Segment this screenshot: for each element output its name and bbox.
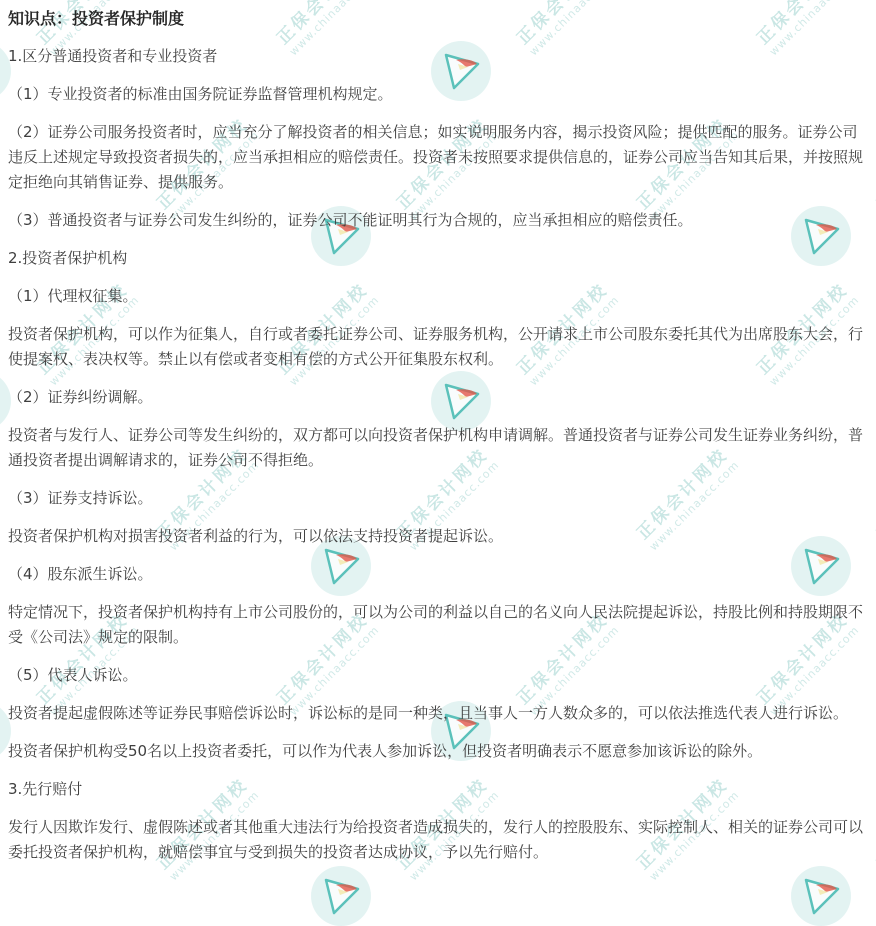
paragraph: 2.投资者保护机构 [8, 246, 868, 271]
paragraph: （1）专业投资者的标准由国务院证券监督管理机构规定。 [8, 82, 868, 107]
chinaacc-logo-watermark-icon [310, 865, 372, 926]
document-content: 知识点：投资者保护制度 1.区分普通投资者和专业投资者（1）专业投资者的标准由国… [0, 0, 876, 865]
paragraph: 投资者保护机构，可以作为征集人，自行或者委托证券公司、证券服务机构，公开请求上市… [8, 322, 868, 372]
paragraph: （1）代理权征集。 [8, 284, 868, 309]
chinaacc-logo-watermark-icon [790, 865, 852, 926]
paragraph: （2）证券公司服务投资者时，应当充分了解投资者的相关信息；如实说明服务内容，揭示… [8, 120, 868, 195]
paragraph: 投资者提起虚假陈述等证券民事赔偿诉讼时，诉讼标的是同一种类，且当事人一方人数众多… [8, 701, 868, 726]
page-title: 知识点：投资者保护制度 [8, 6, 868, 31]
paragraph: 1.区分普通投资者和专业投资者 [8, 44, 868, 69]
paragraph: （3）普通投资者与证券公司发生纠纷的，证券公司不能证明其行为合规的，应当承担相应… [8, 208, 868, 233]
paragraph: 3.先行赔付 [8, 777, 868, 802]
paragraph: 投资者与发行人、证券公司等发生纠纷的，双方都可以向投资者保护机构申请调解。普通投… [8, 423, 868, 473]
paragraph: 特定情况下，投资者保护机构持有上市公司股份的，可以为公司的利益以自己的名义向人民… [8, 600, 868, 650]
document-page: 正保会计网校www.chinaacc.com正保会计网校www.chinaacc… [0, 0, 876, 926]
paragraph: （2）证券纠纷调解。 [8, 385, 868, 410]
paragraph: （5）代表人诉讼。 [8, 663, 868, 688]
paragraph: 投资者保护机构受50名以上投资者委托，可以作为代表人参加诉讼，但投资者明确表示不… [8, 739, 868, 764]
paragraph: 发行人因欺诈发行、虚假陈述或者其他重大违法行为给投资者造成损失的，发行人的控股股… [8, 815, 868, 865]
paragraph: （4）股东派生诉讼。 [8, 562, 868, 587]
paragraph-list: 1.区分普通投资者和专业投资者（1）专业投资者的标准由国务院证券监督管理机构规定… [8, 44, 868, 865]
paragraph: 投资者保护机构对损害投资者利益的行为，可以依法支持投资者提起诉讼。 [8, 524, 868, 549]
paragraph: （3）证券支持诉讼。 [8, 486, 868, 511]
